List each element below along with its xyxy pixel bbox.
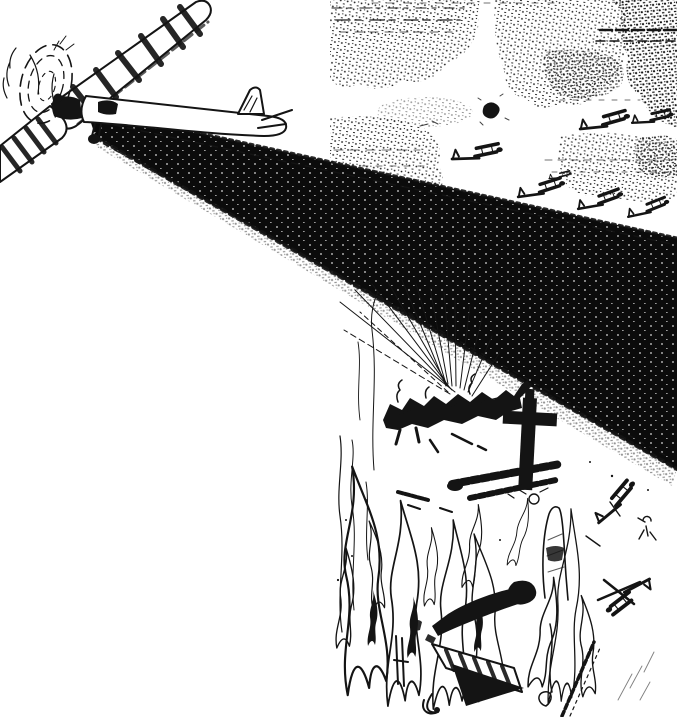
cockpit bbox=[98, 100, 118, 114]
propeller-hub bbox=[54, 94, 63, 103]
wheel bbox=[88, 134, 100, 144]
cloud-patch bbox=[377, 97, 473, 127]
illustration bbox=[0, 0, 677, 717]
cross-top bbox=[525, 389, 535, 400]
illustration-canvas bbox=[0, 0, 677, 717]
